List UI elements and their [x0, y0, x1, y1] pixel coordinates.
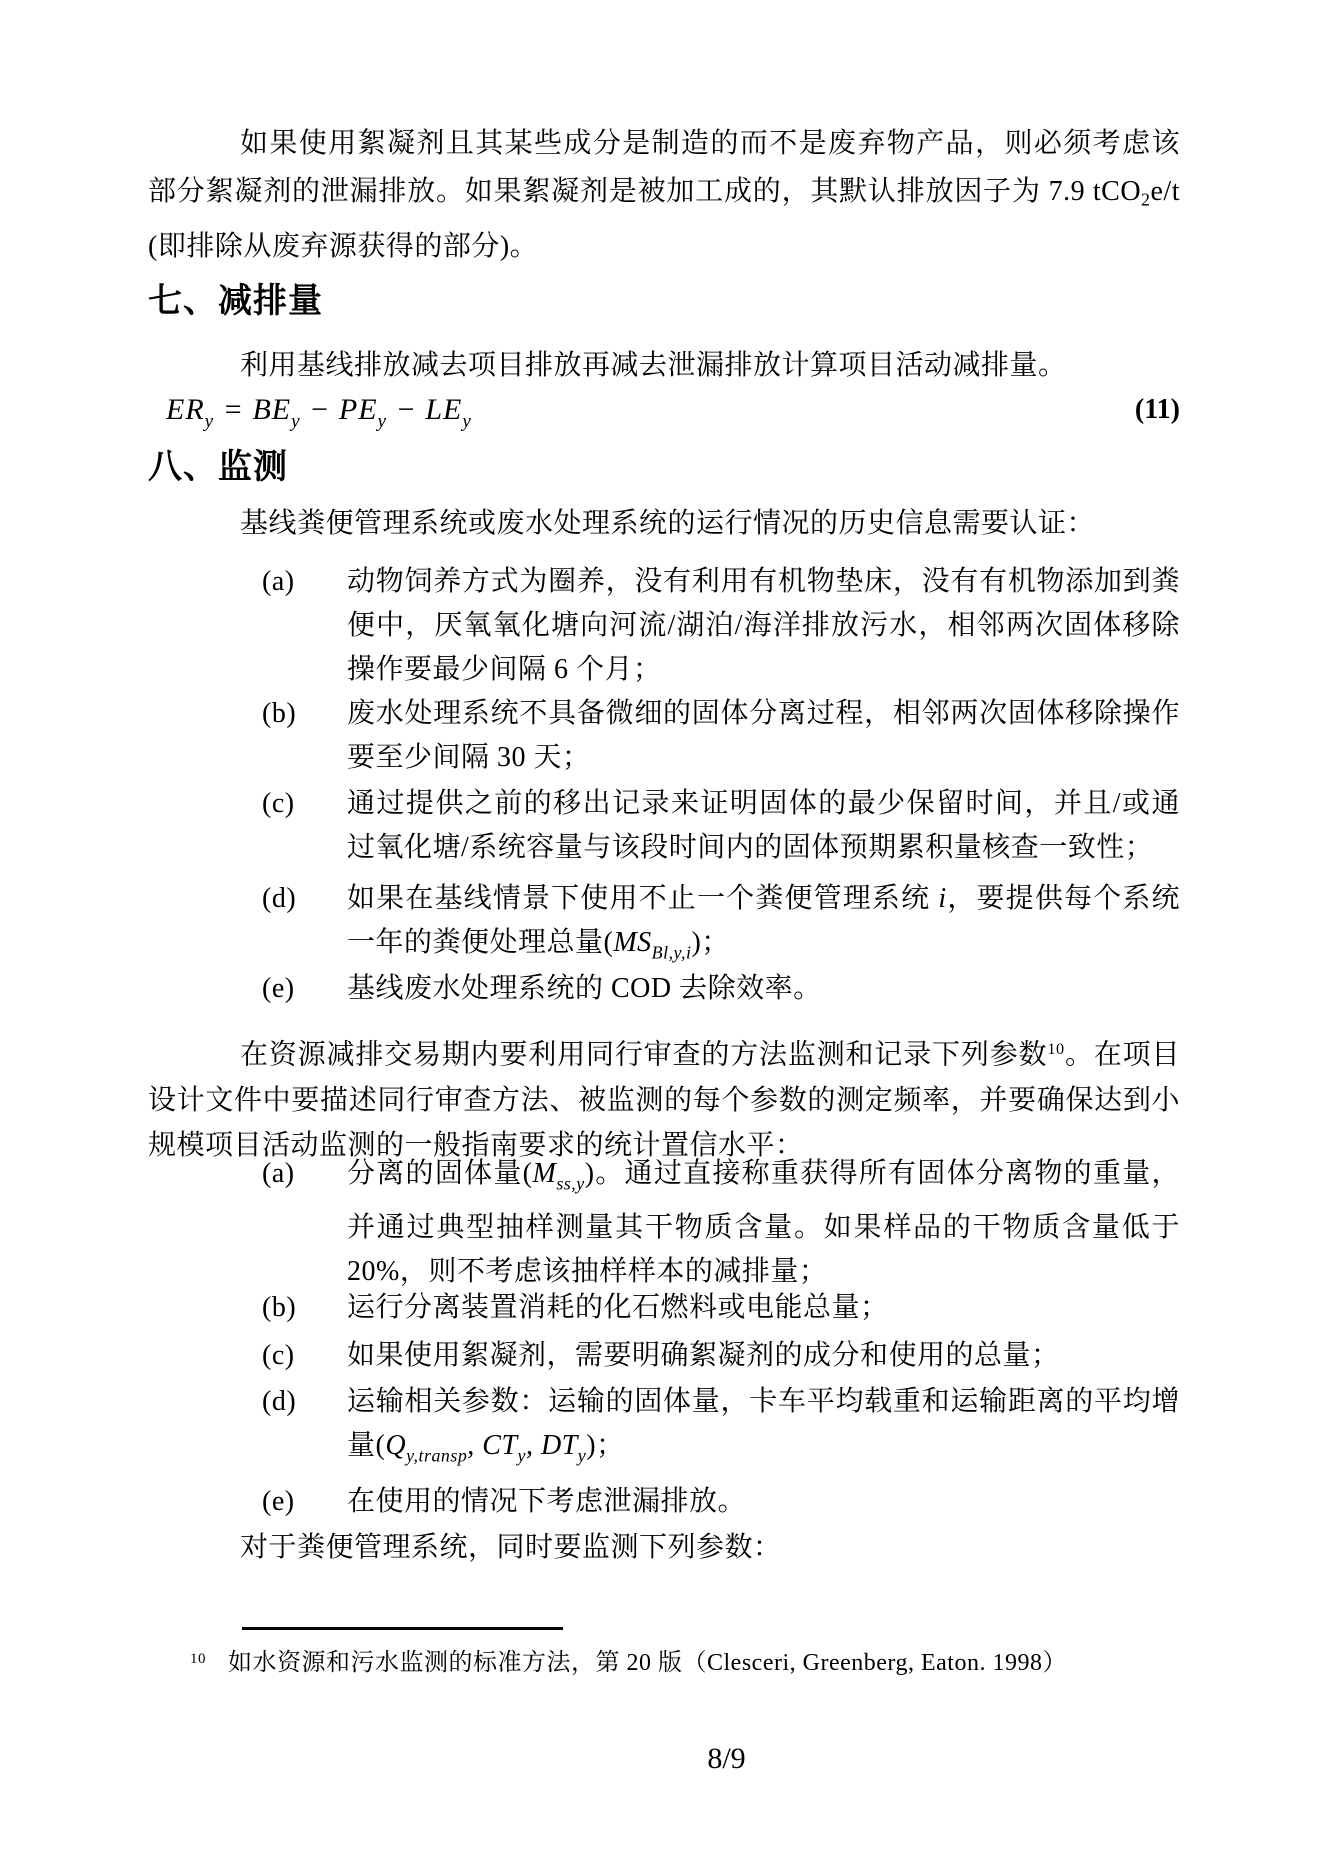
- list1-item-c-text: 通过提供之前的移出记录来证明固体的最少保留时间，并且/或通过氧化塘/系统容量与该…: [347, 788, 1180, 863]
- list2-item-a: (a) 分离的固体量(Mss,y)。通过直接称重获得所有固体分离物的重量，并通过…: [347, 1152, 1180, 1294]
- list1-item-b: (b) 废水处理系统不具备微细的固体分离过程，相邻两次固体移除操作要至少间隔 3…: [347, 692, 1180, 780]
- list1-item-d: (d) 如果在基线情景下使用不止一个粪便管理系统 i，要提供每个系统一年的粪便处…: [347, 877, 1180, 975]
- section-8-heading: 八、监测: [148, 448, 1180, 488]
- paragraph-flocculant-leakage: 如果使用絮凝剂且其某些成分是制造的而不是废弃物产品，则必须考虑该部分絮凝剂的泄漏…: [148, 120, 1180, 271]
- paragraph-er-intro: 利用基线排放减去项目排放再减去泄漏排放计算项目活动减排量。: [148, 342, 1180, 390]
- list1-item-a-text: 动物饲养方式为圈养，没有利用有机物垫床，没有有机物添加到粪便中，厌氧氧化塘向河流…: [347, 566, 1180, 685]
- list2-item-a-text: 分离的固体量(Mss,y)。通过直接称重获得所有固体分离物的重量，并通过典型抽样…: [347, 1158, 1180, 1287]
- list1-item-d-label: (d): [262, 877, 296, 921]
- footnote-10-text: 如水资源和污水监测的标准方法，第 20 版（Clesceri, Greenber…: [148, 1646, 1180, 1680]
- list2-item-e-text: 在使用的情况下考虑泄漏排放。: [347, 1486, 746, 1517]
- list2-item-c: (c) 如果使用絮凝剂，需要明确絮凝剂的成分和使用的总量；: [347, 1334, 1180, 1378]
- list1-item-d-text: 如果在基线情景下使用不止一个粪便管理系统 i，要提供每个系统一年的粪便处理总量(…: [347, 883, 1180, 958]
- equation-11-formula: ERy = BEy − PEy − LEy: [166, 390, 472, 442]
- list2-item-b-label: (b): [262, 1286, 296, 1330]
- list1-item-a-label: (a): [262, 560, 295, 604]
- list2-item-d-label: (d): [262, 1380, 296, 1424]
- equation-11-number: (11): [1135, 390, 1180, 430]
- paragraph-history-intro: 基线粪便管理系统或废水处理系统的运行情况的历史信息需要认证：: [148, 500, 1180, 548]
- list1-item-c: (c) 通过提供之前的移出记录来证明固体的最少保留时间，并且/或通过氧化塘/系统…: [347, 782, 1180, 870]
- footnote-10-marker: 10: [190, 1642, 206, 1676]
- list2-item-b: (b) 运行分离装置消耗的化石燃料或电能总量；: [347, 1286, 1180, 1330]
- page-number: 8/9: [0, 1742, 1323, 1776]
- list2-item-c-text: 如果使用絮凝剂，需要明确絮凝剂的成分和使用的总量；: [347, 1340, 1060, 1371]
- list2-item-e: (e) 在使用的情况下考虑泄漏排放。: [347, 1480, 1180, 1524]
- list2-item-d: (d) 运输相关参数：运输的固体量，卡车平均载重和运输距离的平均增量(Qy,tr…: [347, 1380, 1180, 1478]
- list2-item-b-text: 运行分离装置消耗的化石燃料或电能总量；: [347, 1292, 889, 1323]
- document-page: 如果使用絮凝剂且其某些成分是制造的而不是废弃物产品，则必须考虑该部分絮凝剂的泄漏…: [0, 0, 1323, 1871]
- footnote-10: 10 如水资源和污水监测的标准方法，第 20 版（Clesceri, Green…: [148, 1646, 1180, 1680]
- list1-item-e: (e) 基线废水处理系统的 COD 去除效率。: [347, 967, 1180, 1011]
- list1-item-b-label: (b): [262, 692, 296, 736]
- list2-item-d-text: 运输相关参数：运输的固体量，卡车平均载重和运输距离的平均增量(Qy,transp…: [347, 1386, 1180, 1461]
- list2-item-a-label: (a): [262, 1152, 295, 1196]
- equation-11-row: ERy = BEy − PEy − LEy (11): [148, 390, 1180, 434]
- list2-item-e-label: (e): [262, 1480, 295, 1524]
- paragraph-manure-closing: 对于粪便管理系统，同时要监测下列参数：: [148, 1524, 1180, 1572]
- list2-item-c-label: (c): [262, 1334, 295, 1378]
- list1-item-b-text: 废水处理系统不具备微细的固体分离过程，相邻两次固体移除操作要至少间隔 30 天；: [347, 698, 1180, 773]
- list1-item-c-label: (c): [262, 782, 295, 826]
- paragraph-monitoring-parameters: 在资源减排交易期内要利用同行审查的方法监测和记录下列参数10。在项目设计文件中要…: [148, 1027, 1180, 1168]
- list1-item-a: (a) 动物饲养方式为圈养，没有利用有机物垫床，没有有机物添加到粪便中，厌氧氧化…: [347, 560, 1180, 692]
- footnote-separator: [242, 1627, 563, 1630]
- list1-item-e-label: (e): [262, 967, 295, 1011]
- section-7-heading: 七、减排量: [148, 282, 1180, 322]
- list1-item-e-text: 基线废水处理系统的 COD 去除效率。: [347, 973, 822, 1004]
